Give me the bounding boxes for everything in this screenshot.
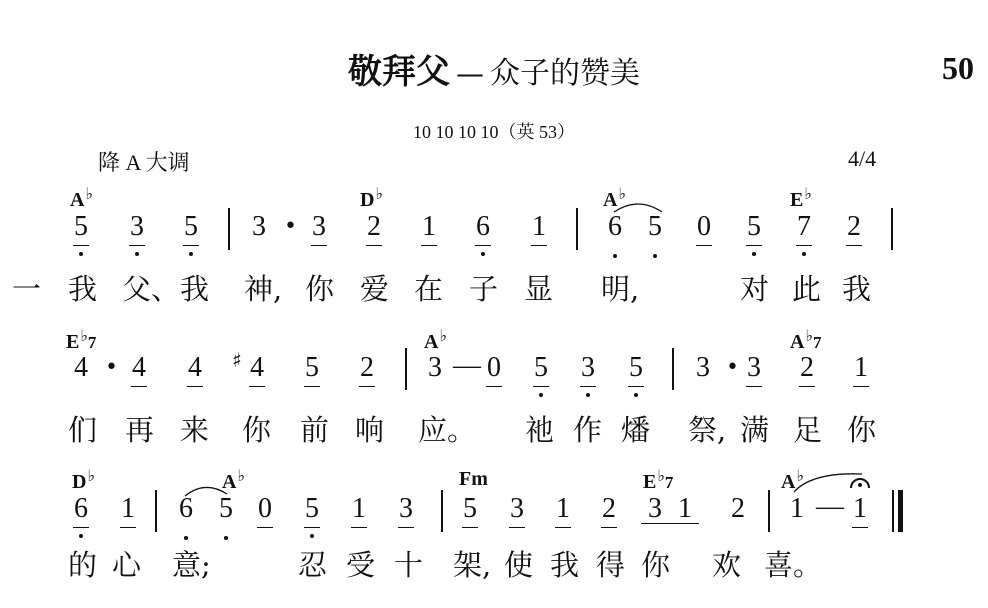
final-barline-thick [898,490,903,532]
sustain-dash: — [453,351,481,381]
lyric: 再 [125,413,154,447]
lyric: 忍 [298,548,327,582]
note: 1 [115,494,141,524]
final-barline-thin [892,490,894,532]
lyric: 父、我 [122,272,209,306]
lyric: 对 [740,272,769,306]
verse-number: 一 [12,272,41,306]
note: 3 [690,353,716,383]
note: 3 [575,353,601,383]
note: 4 [244,353,270,383]
lyric: 燔 [621,413,650,447]
lyric: 意; [172,548,211,582]
lyric: 得 [596,548,625,582]
lyric: 满 [740,413,769,447]
lyric: 应。 [418,413,476,447]
beam-underline [641,523,699,524]
lyric: 们 [68,413,97,447]
lyric: 我 [68,272,97,306]
meter-line: 10 10 10 10（英 53） [0,118,988,144]
lyric: 显 [524,272,553,306]
note: 0 [252,494,278,524]
note: 2 [361,212,387,242]
note: 3 [124,212,150,242]
sharp-accidental: ♯ [232,350,242,370]
note: 4 [126,353,152,383]
lyric: 此 [792,272,821,306]
note: 5 [623,353,649,383]
note: 6 [68,494,94,524]
note: 3 [393,494,419,524]
lyric: 喜。 [764,548,822,582]
lyric: 爱 [360,272,389,306]
note: 2 [841,212,867,242]
barline [672,348,674,390]
chord-fm: Fm [459,468,488,490]
chord-eb7: E♭7 [643,466,673,494]
title-separator: — [456,57,484,90]
lyric: 我 [550,548,579,582]
lyric: 的 [68,548,97,582]
note: 2 [596,494,622,524]
note: 6 [470,212,496,242]
lyric: 足 [793,413,822,447]
lyric: 使 [504,548,533,582]
note: 5 [68,212,94,242]
lyric: 你 [641,548,670,582]
barline [155,490,157,532]
lyric: 架, [453,548,491,582]
note: 5 [299,494,325,524]
note: 5 [741,212,767,242]
note: 3 [246,212,272,242]
chord-db: D♭ [72,466,95,493]
note: 6 [602,212,628,242]
chord-ab: A♭ [424,326,447,353]
lyric: 响 [355,413,384,447]
barline [768,490,770,532]
lyric: 祂 [525,413,554,447]
note: 7 [791,212,817,242]
barline [405,348,407,390]
note: 1 [416,212,442,242]
augmentation-dot: • [105,353,118,383]
lyric: 作 [573,413,602,447]
note: 5 [178,212,204,242]
note: 3 [741,353,767,383]
key-signature: 降 A 大调 [98,146,190,177]
note: 3 [306,212,332,242]
note: 1 [848,353,874,383]
lyric: 明, [601,272,639,306]
lyric: 十 [394,548,423,582]
note: 0 [691,212,717,242]
lyric: 在 [414,272,443,306]
chord-eb7: E♭7 [66,326,96,354]
chord-db: D♭ [360,184,383,211]
note: 1 [346,494,372,524]
barline [576,208,578,250]
barline [441,490,443,532]
note: 1 [672,494,698,524]
note: 3 [422,353,448,383]
lyric: 子 [469,272,498,306]
note: 5 [457,494,483,524]
note: 3 [642,494,668,524]
chord-ab7: A♭7 [790,326,822,354]
chord-eb: E♭ [790,184,812,211]
note: 5 [642,212,668,242]
note: 2 [794,353,820,383]
note: 5 [213,494,239,524]
title-subtitle: 众子的赞美 [490,56,640,91]
lyric: 我 [842,272,871,306]
hymn-number: 50 [942,50,974,87]
lyric: 来 [180,413,209,447]
note: 3 [504,494,530,524]
lyric: 受 [346,548,375,582]
note: 1 [550,494,576,524]
lyric: 前 [300,413,329,447]
time-signature: 4/4 [848,146,876,172]
lyric: 你 [305,272,334,306]
note: 2 [725,494,751,524]
barline [228,208,230,250]
note: 1 [784,494,810,524]
hymn-title: 敬拜父—众子的赞美 [0,50,988,96]
sustain-dash: — [816,492,844,522]
note: 5 [299,353,325,383]
title-main: 敬拜父 [348,52,450,92]
note: 4 [182,353,208,383]
lyric: 你 [242,413,271,447]
note: 5 [528,353,554,383]
lyric: 神, [244,272,282,306]
note: 1 [526,212,552,242]
chord-ab: A♭ [70,184,93,211]
note: 1 [847,494,873,524]
augmentation-dot: • [284,212,297,242]
note: 0 [481,353,507,383]
note: 6 [173,494,199,524]
lyric: 你 [847,413,876,447]
note: 2 [354,353,380,383]
lyric: 心 [112,548,141,582]
note: 4 [68,353,94,383]
lyric: 欢 [712,548,741,582]
fermata-icon [848,472,872,490]
barline [891,208,893,250]
augmentation-dot: • [726,353,739,383]
lyric: 祭, [688,413,726,447]
